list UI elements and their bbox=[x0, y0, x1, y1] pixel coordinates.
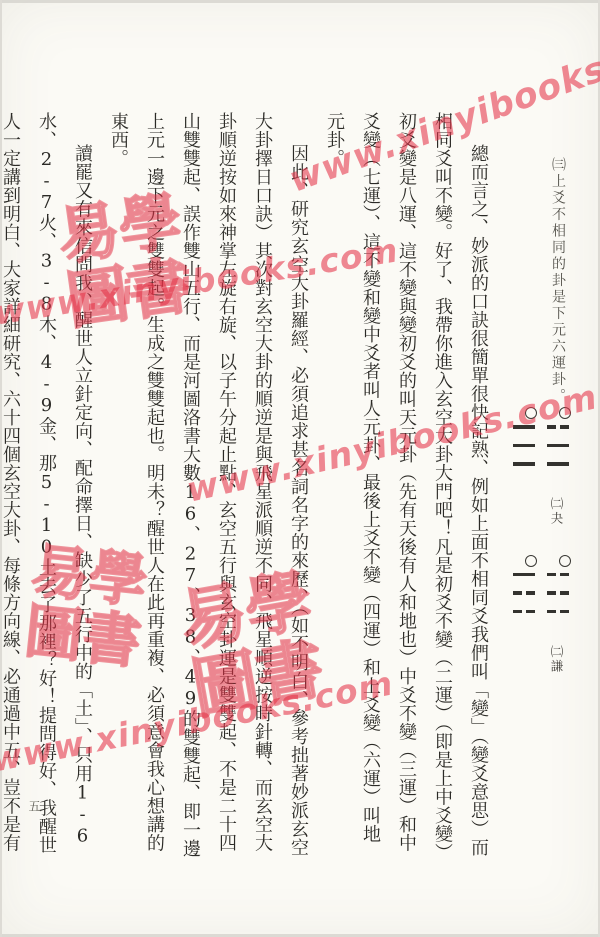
broken-yao-line bbox=[547, 573, 569, 577]
broken-yao-line bbox=[547, 425, 569, 429]
solid-yao-line bbox=[513, 462, 535, 466]
solid-yao-line bbox=[513, 573, 535, 577]
yao-marker-circle bbox=[559, 407, 571, 419]
upper-trigram bbox=[546, 407, 570, 481]
paragraph-1: 總而言之、妙派的口訣很簡單很快記熟、例如上面不相同爻我們叫「變」（變爻意思）而相… bbox=[316, 112, 496, 858]
solid-yao-line bbox=[513, 425, 535, 429]
broken-yao-line bbox=[547, 591, 569, 595]
solid-yao-line bbox=[513, 444, 535, 448]
hexagram-label: ㈡謙 bbox=[502, 630, 574, 688]
scan-edge-top bbox=[0, 0, 600, 3]
paragraph-3: 讀罷又有來信問我、醒世人立針定向、配命擇日、缺少了五行中的「土」、只用1-6水、… bbox=[0, 112, 100, 858]
trigram-pair bbox=[502, 555, 574, 629]
hexagram-example: ㈡謙 bbox=[502, 555, 574, 689]
lower-trigram bbox=[512, 555, 536, 629]
yao-marker-circle bbox=[525, 407, 537, 419]
paragraph-2: 因此、研究玄空大卦羅經、必須追求甚名詞名字的來歷、（如不明白、參考拙著妙派玄空大… bbox=[100, 112, 316, 858]
page-number: 五 bbox=[26, 800, 43, 813]
solid-yao-line bbox=[547, 462, 569, 466]
section-column: ㈢上爻不相同的卦是下元六運卦。 ㈡夬㈡謙 bbox=[496, 112, 576, 858]
lower-trigram bbox=[512, 407, 536, 481]
yao-marker-circle bbox=[525, 555, 537, 567]
broken-yao-line bbox=[513, 610, 535, 614]
page-content: ㈢上爻不相同的卦是下元六運卦。 ㈡夬㈡謙 總而言之、妙派的口訣很簡單很快記熟、例… bbox=[28, 112, 576, 858]
yao-marker-circle bbox=[559, 555, 571, 567]
hexagram-block: ㈡夬㈡謙 bbox=[502, 407, 574, 657]
upper-trigram bbox=[546, 555, 570, 629]
hexagram-example: ㈡夬 bbox=[502, 407, 574, 541]
broken-yao-line bbox=[513, 591, 535, 595]
trigram-pair bbox=[502, 407, 574, 481]
solid-yao-line bbox=[547, 444, 569, 448]
broken-yao-line bbox=[547, 610, 569, 614]
hexagram-label: ㈡夬 bbox=[502, 483, 574, 541]
